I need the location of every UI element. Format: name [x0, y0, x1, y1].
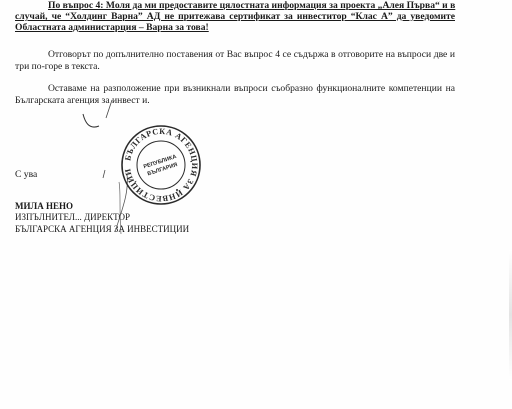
- paragraph-1-line-2: три по-горе в текста.: [15, 61, 100, 72]
- document-page: По въпрос 4: Моля да ми предоставите цял…: [0, 0, 512, 409]
- paragraph-2-line-1: Оставаме на разположение при възникнали …: [48, 83, 455, 94]
- signature-stroke-icon: [100, 96, 120, 120]
- closing-salutation: С ува: [15, 169, 37, 180]
- question-line-3: Областната администарция – Варна за това…: [15, 22, 209, 33]
- signatory-name: МИЛА НЕНО: [15, 201, 73, 212]
- paragraph-2-line-2: Българската агенция за инвест и.: [15, 95, 150, 106]
- question-line-2: случай, че “Холдинг Варна” АД не притежа…: [15, 11, 455, 22]
- official-stamp-icon: БЪЛГАРСКА АГЕНЦИЯ ЗА ИНВЕСТИЦИИ РЕПУБЛИК…: [120, 124, 202, 206]
- paragraph-1-line-1: Отговорът по допълнително поставения от …: [48, 49, 455, 60]
- question-line-1: По въпрос 4: Моля да ми предоставите цял…: [48, 0, 455, 11]
- svg-text:БЪЛГАРСКА АГЕНЦИЯ ЗА ИНВЕСТИЦИ: БЪЛГАРСКА АГЕНЦИЯ ЗА ИНВЕСТИЦИИ: [123, 127, 199, 203]
